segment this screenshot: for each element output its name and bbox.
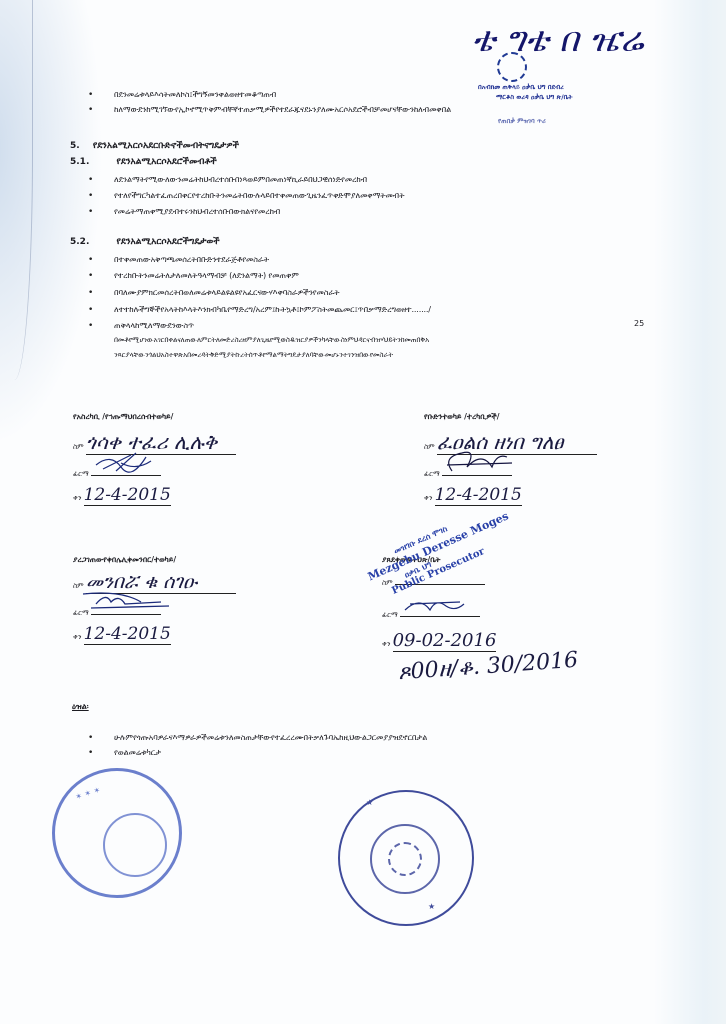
bullet-icon: • — [88, 90, 114, 100]
date-value: 09-02-2016 — [393, 630, 497, 652]
list-item: •ጠቅላላከሚለማውደንውስጥ — [88, 320, 194, 331]
stamp-inner-ring — [103, 813, 167, 877]
bullet-icon: • — [88, 321, 114, 331]
stamp-line: ማርቆስ ወረዳ ዐቃቤ ህግ ጽ/ቤት — [448, 92, 698, 102]
stamp-line: በአብክመ ጠቅላይ ዐቃቤ ህግ በደብረ — [448, 82, 698, 92]
page-fold-shadow — [2, 0, 33, 380]
bullet-icon: • — [88, 191, 114, 201]
reference-number: ጾ00ዘ/ቆ. 30/2016 — [397, 648, 579, 686]
notes-heading: ዕዝል፡ — [72, 702, 89, 712]
bullet-icon: • — [88, 305, 114, 315]
section-heading: 5. የደንአልሚአርሶአደርቡድኖችመብትናግዴታዎች — [70, 141, 239, 151]
date-field: ቀን 12-4-2015 — [73, 485, 236, 506]
justice-round-stamp-icon: ★ ★ — [338, 790, 474, 926]
handwritten-note: ቴ ግቴ በ ዤሬ — [472, 20, 643, 60]
role-label: የአስረካቢ /የኅጡማህበረሰብተወካይ/ — [73, 412, 236, 422]
bullet-icon: • — [88, 748, 114, 758]
list-continuation: በመቶየሚሆነውአገርበቀልናለጠውለምርትለመድረስረዘምያለጊዜየሚወስዱዝ… — [114, 335, 429, 345]
note-item: •ሁሉምየጎጡአባዎራናእማዎራዎችመሬቱንለመስጠታቸውየተፈረረሙበትቃለጉ… — [88, 732, 427, 743]
bullet-icon: • — [88, 105, 114, 115]
subsection-heading: 5.1. የደንአልሚአርሶአደሮችመብቶች — [70, 157, 217, 167]
list-item: •ለተተከሉችግኞችየአላትከእላትእንክብካቤየማድረግ/አረም፤ኩትኳቶ፤ኮ… — [88, 304, 431, 315]
bullet-icon: • — [88, 288, 114, 298]
role-label: የቡድንተወካይ /ተረካቢዎች/ — [424, 412, 597, 422]
signature-mark — [442, 461, 512, 476]
stamp-line: የጠበቃ ምዝገባ ጥሪ — [448, 116, 698, 126]
date-field: ቀን 12-4-2015 — [73, 624, 236, 645]
signature-field: ፊርማ — [73, 600, 236, 618]
kebele-round-stamp-icon: ✶ ✶ ✶ — [52, 768, 182, 898]
bullet-icon: • — [88, 733, 114, 743]
star-icon: ★ — [428, 902, 435, 911]
percent-marker: 25 — [634, 319, 644, 328]
intro-bullet: •ከለማውደንከሚገኘውየኢኮኖሚጥቅምብቸኛተጠቃሚዎችየተደራጁናደኑንያለ… — [88, 104, 451, 115]
star-icon: ★ — [366, 798, 373, 807]
signature-block-handover: የአስረካቢ /የኅጡማህበረሰብተወካይ/ ስም ጎሳቀ ተፈሪ ሊሉቅ ፊር… — [73, 412, 236, 506]
date-value: 12-4-2015 — [84, 624, 171, 645]
list-continuation: ንጻርያላቸውንጎልህአስተዋጽአበመረዳትቅድሚያትኩረትሰጥቶየማልማትግዴ… — [114, 350, 393, 360]
role-label: ያረጋገጠውየቀበሌሊቀመንበር/ተወካይ/ — [73, 555, 236, 565]
bullet-icon: • — [88, 271, 114, 281]
list-item: •የተረከቡትንመሬትለታለመለትዓላማብቻ (ለደንልማት) የመጠቀም — [88, 270, 299, 281]
intro-bullet: •በደንመሬቱላይእሳትመለኮስ፤ችግኝመንቀልወዘተመቆጣጠብ — [88, 89, 276, 100]
signature-block-kebele-chair: ያረጋገጠውየቀበሌሊቀመንበር/ተወካይ/ ስም መንበሯ ቁ ሰገዑ ፊርማ… — [73, 555, 236, 645]
list-item: •በተቀመጠውአቅጣጫመሰረትበቡድንተደራጅቶየመስራት — [88, 254, 269, 265]
signature-field: ፊርማ — [73, 461, 236, 479]
bullet-icon: • — [88, 255, 114, 265]
signature-field: ፊርማ — [424, 461, 597, 479]
bullet-icon: • — [88, 175, 114, 185]
signature-block-group-rep: የቡድንተወካይ /ተረካቢዎች/ ስም ፈዐልሰ ዘነበ ግለፀ ፊርማ ቀን… — [424, 412, 597, 506]
official-stamp-block: በአብክመ ጠቅላይ ዐቃቤ ህግ በደብረ ማርቆስ ወረዳ ዐቃቤ ህግ ጽ… — [448, 82, 698, 126]
emblem-stamp-icon — [497, 52, 527, 82]
list-item: •የመሬትማጠቀሚያደብተሩንከህብረተሰቡበውክልናየመረከብ — [88, 206, 280, 217]
list-item: •የተለየችግርካልተፈጠረበቀርየተረከቡትንመሬትበውሉላይበተቀመጠውጊዜ… — [88, 190, 404, 201]
signature-mark — [91, 461, 161, 476]
list-item: •በባለሙያምክርመሰረትበወለመሬቱላይልዩልዩየአፈርናውሃእቀባስራዎችን… — [88, 287, 339, 298]
signature-mark — [91, 600, 161, 615]
list-item: •ለደንልማትየሚውለውንመሬትከህብረተሰቡበነጻወይምበመጠነኛኪራይበህጋ… — [88, 174, 367, 185]
date-value: 12-4-2015 — [84, 485, 171, 506]
stamp-emblem-icon — [388, 842, 422, 876]
note-item: •የወልመሬቱካርታ — [88, 747, 161, 758]
bullet-icon: • — [88, 207, 114, 217]
subsection-heading: 5.2. የደንአልሚአርሶአደሮችግዴታወች — [70, 237, 220, 247]
document-page: ቴ ግቴ በ ዤሬ በአብክመ ጠቅላይ ዐቃቤ ህግ በደብረ ማርቆስ ወረ… — [0, 0, 726, 1024]
star-icon: ✶ ✶ ✶ — [74, 785, 101, 801]
